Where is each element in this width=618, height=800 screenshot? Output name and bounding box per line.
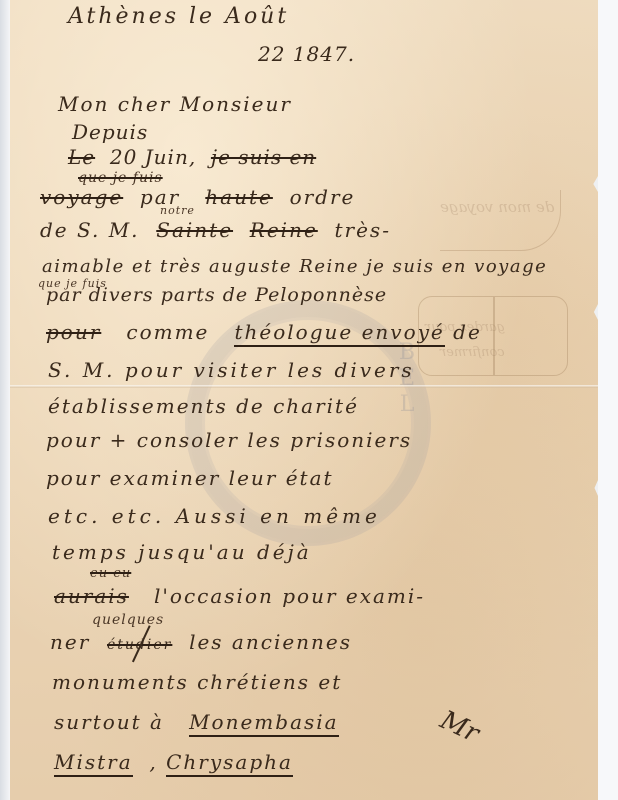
struck-word: je suis en xyxy=(211,145,316,169)
line-text: surtout à xyxy=(54,710,164,734)
line-text: l'occasion pour exami- xyxy=(154,584,425,608)
struck-word: Le xyxy=(68,145,95,169)
line-text: très- xyxy=(335,218,391,242)
letter-line: pour + consoler les prisoniers xyxy=(46,428,412,452)
letter-line: Mistra , Chrysapha xyxy=(54,750,293,774)
margin-box-note-right: confirmer xyxy=(440,345,505,360)
stamp-letter: L xyxy=(395,392,419,418)
line-text: comme xyxy=(126,320,209,344)
letter-line: S. M. pour visiter les divers xyxy=(48,358,415,382)
insert-quelques: quelques xyxy=(92,612,164,628)
letter-line: aimable et très auguste Reine je suis en… xyxy=(42,256,547,277)
insert-depuis: Depuis xyxy=(72,120,148,144)
struck-word: Sainte xyxy=(156,218,233,242)
margin-note-mirrored: de mon voyage xyxy=(440,198,554,216)
insert-notre: notre xyxy=(160,204,195,217)
letter-line: etc. etc. Aussi en même xyxy=(48,504,381,528)
letter-line: établissements de charité xyxy=(48,394,359,418)
letter-line: temps jusqu'au déjà xyxy=(52,540,312,564)
line-text: 20 Juin, xyxy=(110,145,196,169)
struck-word: haute xyxy=(205,185,273,209)
letter-line: voyage par haute ordre xyxy=(40,185,355,209)
scan-left-edge xyxy=(0,0,10,800)
line-text: de S. M. xyxy=(40,218,140,242)
underlined-phrase: théologue envoyé xyxy=(234,320,444,347)
letter-line: par divers parts de Peloponnèse xyxy=(46,284,387,306)
line-text: ner xyxy=(50,630,90,654)
underlined-place: Chrysapha xyxy=(166,750,293,777)
struck-word: Reine xyxy=(250,218,318,242)
struck-insert: eu eu xyxy=(90,566,131,581)
letter-line: de S. M. Sainte Reine très- xyxy=(40,218,391,242)
paper-fold-line xyxy=(10,385,598,388)
line-text: de xyxy=(453,320,482,344)
letter-line: surtout à Monembasia xyxy=(54,710,339,734)
struck-word: pour xyxy=(46,320,101,344)
salutation: Mon cher Monsieur xyxy=(58,92,292,116)
struck-insert: que je fuis xyxy=(78,170,163,186)
place-date-line: Athènes le Août xyxy=(68,4,289,29)
date-line: 22 1847. xyxy=(258,42,355,66)
letter-line: pour comme théologue envoyé de xyxy=(46,320,482,344)
scan-right-edge xyxy=(598,0,618,800)
letter-line: Le 20 Juin, je suis en xyxy=(68,145,316,169)
line-text: , xyxy=(149,750,157,774)
letter-line: aurais l'occasion pour exami- xyxy=(54,584,425,608)
struck-word: voyage xyxy=(40,185,123,209)
letter-line: monuments chrétiens et xyxy=(52,670,342,694)
line-text: ordre xyxy=(290,185,356,209)
underlined-place: Mistra xyxy=(54,750,133,777)
underlined-place: Monembasia xyxy=(189,710,339,737)
struck-word: aurais xyxy=(54,584,129,608)
letter-line: pour examiner leur état xyxy=(46,466,334,490)
line-text: les anciennes xyxy=(189,630,352,654)
letter-line: ner étudier les anciennes xyxy=(50,630,352,654)
